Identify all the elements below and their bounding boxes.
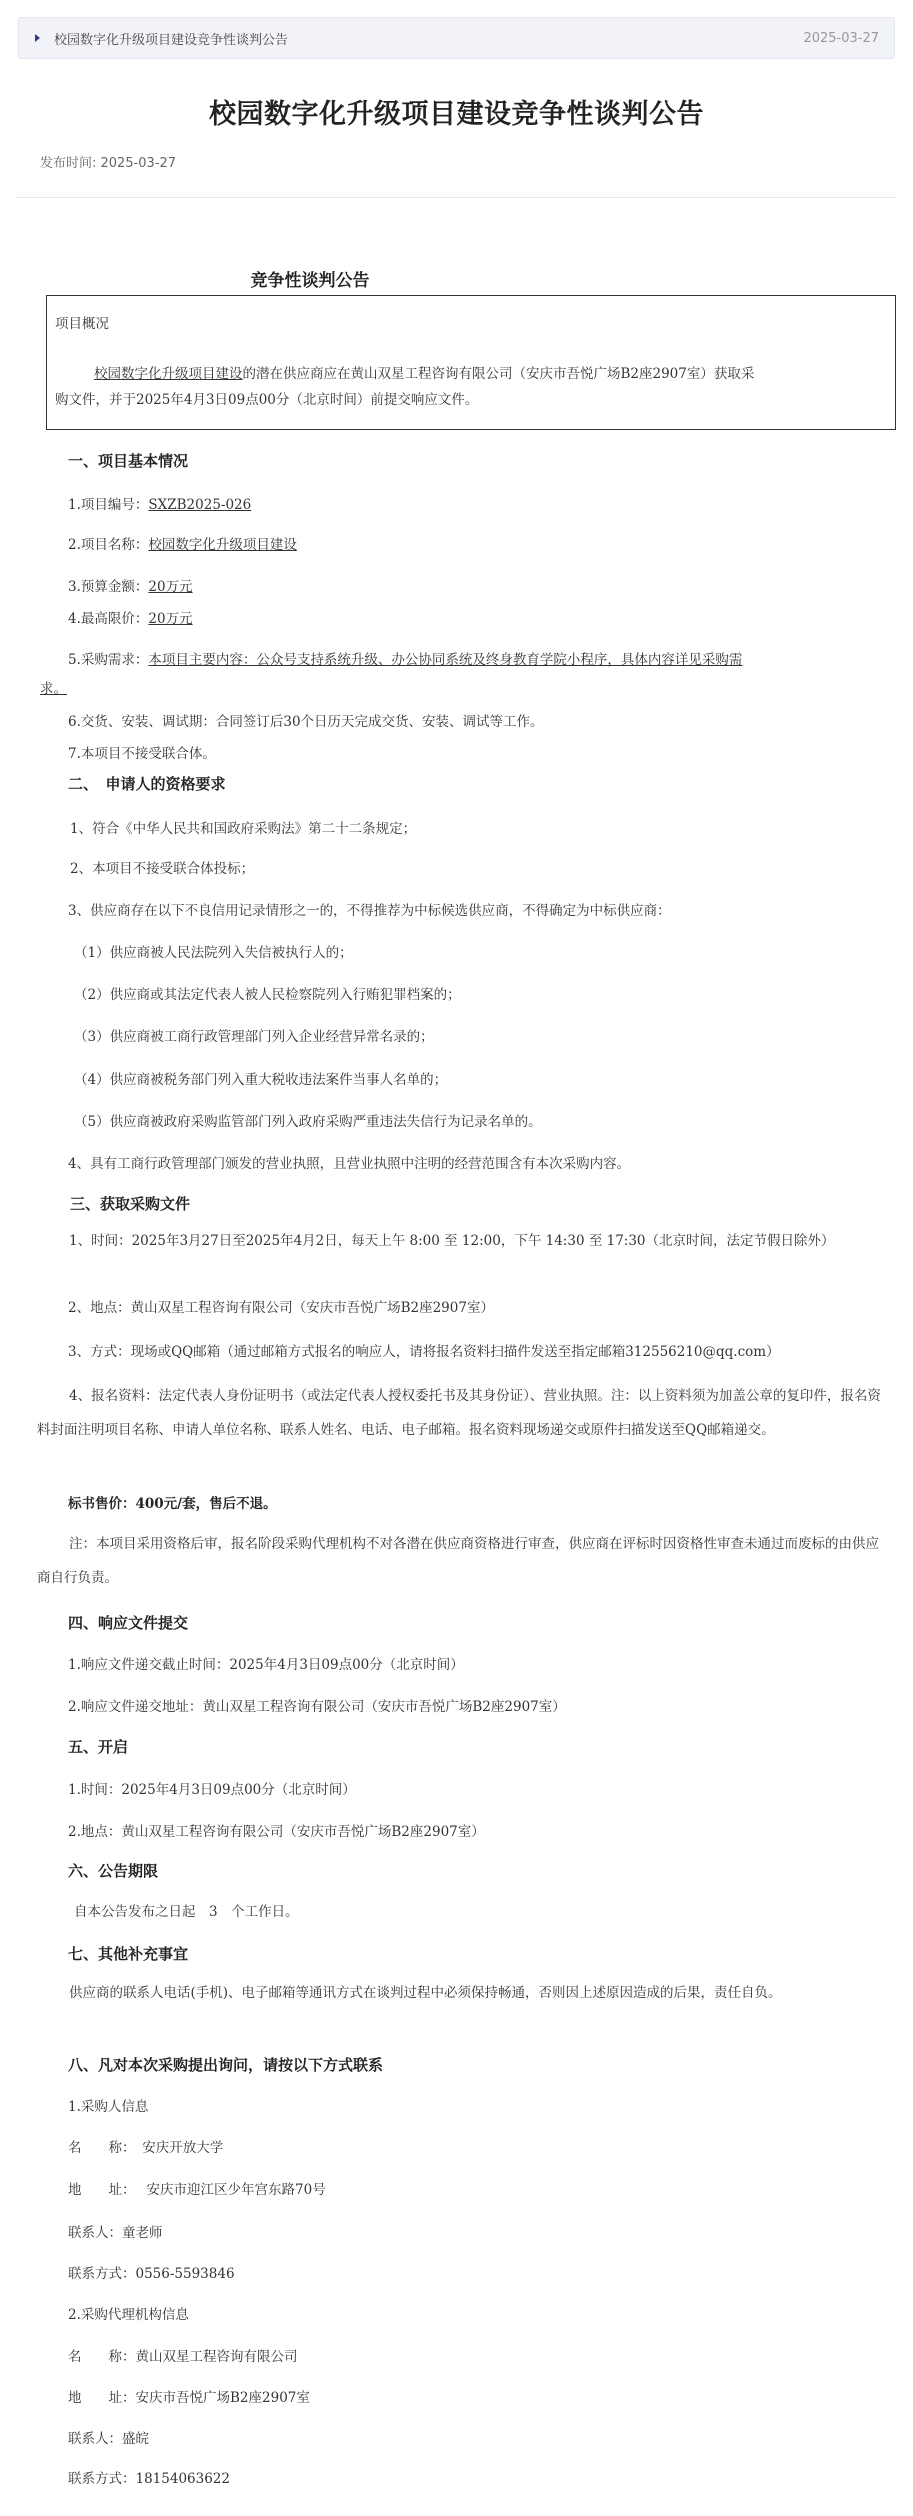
qual-item-3-5: （5）供应商被政府采购监管部门列入政府采购严重违法失信行为记录名单的。 <box>74 1110 542 1130</box>
qual-item-3-4: （4）供应商被税务部门列入重大税收违法案件当事人名单的； <box>74 1068 447 1088</box>
qual-item-3-3: （3）供应商被工商行政管理部门列入企业经营异常名录的； <box>74 1025 434 1045</box>
buyer-name: 名 称： 安庆开放大学 <box>68 2136 223 2156</box>
submit-address: 2.响应文件递交地址：黄山双星工程咨询有限公司（安庆市吾悦广场B2座2907室） <box>68 1695 566 1715</box>
section-8-title: 八、凡对本次采购提出询问，请按以下方式联系 <box>68 2054 383 2075</box>
doc-heading: 竞争性谈判公告 <box>0 266 620 291</box>
item-project-number: 1.项目编号：SXZB2025-026 <box>68 493 251 513</box>
docs-method: 3、方式：现场或QQ邮箱（通过邮箱方式报名的响应人，请将报名资料扫描件发送至指定… <box>68 1340 780 1360</box>
qual-item-4: 4、具有工商行政管理部门颁发的营业执照，且营业执照中注明的经营范围含有本次采购内… <box>68 1152 630 1172</box>
item-requirement-cont: 求。 <box>40 677 67 697</box>
section-2-title: 二、 申请人的资格要求 <box>68 773 226 794</box>
docs-price: 标书售价：400元/套，售后不退。 <box>68 1492 277 1512</box>
project-link[interactable]: 校园数字化升级项目建设 <box>94 366 243 382</box>
docs-note: 注：本项目采用资格后审，报名阶段采购代理机构不对各潜在供应商资格进行审查，供应商… <box>37 1527 882 1595</box>
divider <box>16 197 897 198</box>
qual-item-1: 1、符合《中华人民共和国政府采购法》第二十二条规定； <box>70 817 416 837</box>
caret-right-icon <box>35 34 40 42</box>
item-delivery: 6.交货、安装、调试期：合同签订后30个日历天完成交货、安装、调试等工作。 <box>68 710 544 730</box>
buyer-title: 1.采购人信息 <box>68 2095 148 2115</box>
item-project-name: 2.项目名称：校园数字化升级项目建设 <box>68 533 297 553</box>
section-7-title: 七、其他补充事宜 <box>68 1943 188 1964</box>
agent-contact: 联系人：盛皖 <box>68 2427 149 2447</box>
opening-time: 1.时间：2025年4月3日09点00分（北京时间） <box>68 1778 356 1798</box>
page-title: 校园数字化升级项目建设竞争性谈判公告 <box>0 92 913 131</box>
agent-name: 名 称：黄山双星工程咨询有限公司 <box>68 2345 298 2365</box>
buyer-contact: 联系人：童老师 <box>68 2221 163 2241</box>
docs-place: 2、地点：黄山双星工程咨询有限公司（安庆市吾悦广场B2座2907室） <box>68 1296 494 1316</box>
qual-item-3-2: （2）供应商或其法定代表人被人民检察院列入行贿犯罪档案的； <box>74 983 461 1003</box>
section-1-title: 一、项目基本情况 <box>68 450 188 471</box>
agent-address: 地 址：安庆市吾悦广场B2座2907室 <box>68 2386 310 2406</box>
buyer-address: 地 址： 安庆市迎江区少年宫东路70号 <box>68 2178 326 2198</box>
overview-line2: 购文件，并于2025年4月3日09点00分（北京时间）前提交响应文件。 <box>55 388 478 408</box>
qual-item-3-1: （1）供应商被人民法院列入失信被执行人的； <box>74 941 353 961</box>
breadcrumb-bar: 校园数字化升级项目建设竞争性谈判公告 2025-03-27 <box>18 17 895 59</box>
overview-label: 项目概况 <box>55 312 109 332</box>
opening-place: 2.地点：黄山双星工程咨询有限公司（安庆市吾悦广场B2座2907室） <box>68 1820 485 1840</box>
agent-phone: 联系方式：18154063622 <box>68 2467 230 2487</box>
item-max-price: 4.最高限价：20万元 <box>68 607 193 627</box>
publish-time: 发布时间: 2025-03-27 <box>40 152 176 171</box>
qual-item-3: 3、供应商存在以下不良信用记录情形之一的，不得推荐为中标候选供应商，不得确定为中… <box>68 899 671 919</box>
notice-period: 自本公告发布之日起 3 个工作日。 <box>74 1900 299 1920</box>
supplement-text: 供应商的联系人电话(手机)、电子邮箱等通讯方式在谈判过程中必须保持畅通，否则因上… <box>37 1975 882 2011</box>
docs-time: 1、时间：2025年3月27日至2025年4月2日，每天上午 8:00 至 12… <box>37 1225 882 1257</box>
buyer-phone: 联系方式：0556-5593846 <box>68 2262 235 2282</box>
item-consortium: 7.本项目不接受联合体。 <box>68 742 216 762</box>
breadcrumb-link[interactable]: 校园数字化升级项目建设竞争性谈判公告 <box>54 29 803 48</box>
section-4-title: 四、响应文件提交 <box>68 1612 188 1633</box>
agent-title: 2.采购代理机构信息 <box>68 2303 189 2323</box>
overview-line1: 校园数字化升级项目建设的潜在供应商应在黄山双星工程咨询有限公司（安庆市吾悦广场B… <box>94 362 754 382</box>
docs-materials: 4、报名资料：法定代表人身份证明书（或法定代表人授权委托书及其身份证）、营业执照… <box>37 1379 882 1447</box>
qual-item-2: 2、本项目不接受联合体投标； <box>70 857 254 877</box>
submit-deadline: 1.响应文件递交截止时间：2025年4月3日09点00分（北京时间） <box>68 1653 464 1673</box>
section-6-title: 六、公告期限 <box>68 1860 158 1881</box>
item-budget: 3.预算金额：20万元 <box>68 575 193 595</box>
item-requirement: 5.采购需求：本项目主要内容：公众号支持系统升级、办公协同系统及终身教育学院小程… <box>68 648 742 668</box>
section-5-title: 五、开启 <box>68 1736 128 1757</box>
breadcrumb-date: 2025-03-27 <box>803 31 879 46</box>
section-3-title: 三、获取采购文件 <box>70 1193 190 1214</box>
